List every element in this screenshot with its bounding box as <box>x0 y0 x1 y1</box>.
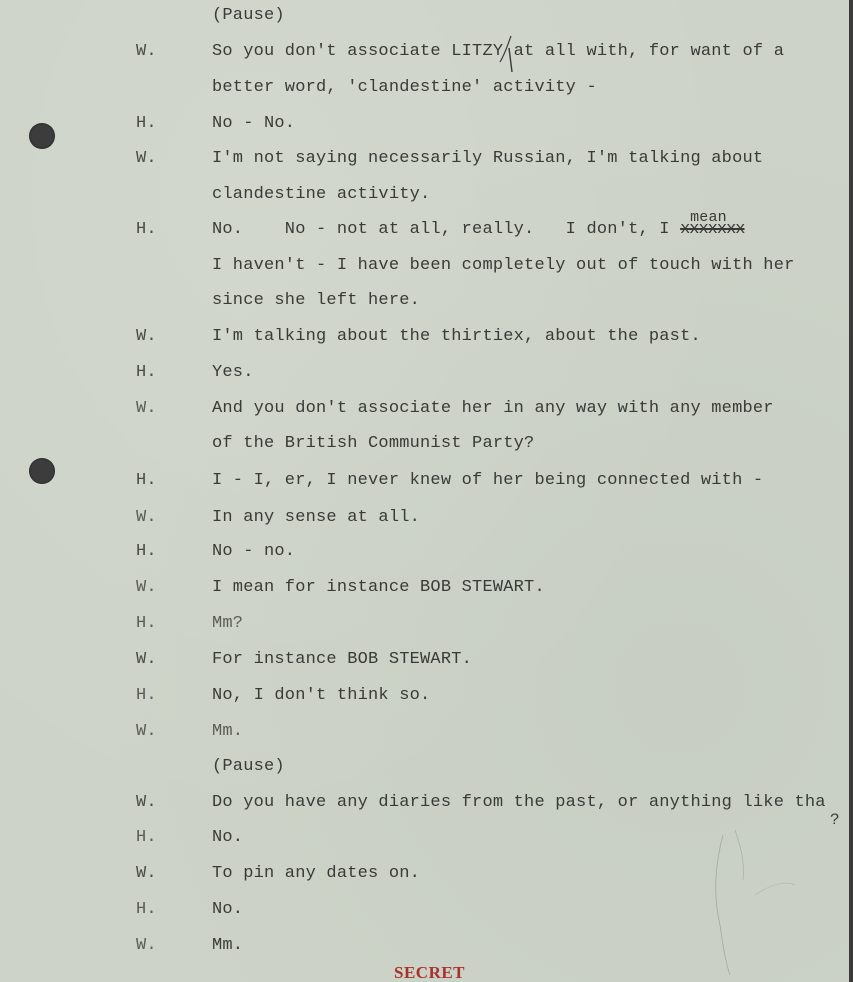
scan-edge-shadow <box>849 0 853 982</box>
line-text: No - No. <box>212 112 295 136</box>
speaker-label: W. <box>136 147 176 171</box>
stage-direction: (Pause) <box>212 4 285 28</box>
speaker-label: H. <box>136 898 176 922</box>
line-text: clandestine activity. <box>212 183 430 207</box>
speaker-label: H. <box>136 112 176 136</box>
line-text: Do you have any diaries from the past, o… <box>212 791 826 815</box>
margin-question-mark: ? <box>830 811 840 829</box>
line-text: I'm not saying necessarily Russian, I'm … <box>212 147 763 171</box>
line-text: To pin any dates on. <box>212 862 420 886</box>
line-text: I haven't - I have been completely out o… <box>212 254 795 278</box>
speaker-label: W. <box>136 862 176 886</box>
punch-hole-bottom <box>29 458 55 484</box>
line-text: No. <box>212 898 243 922</box>
speaker-label: W. <box>136 397 176 421</box>
classification-marking: SECRET <box>394 963 465 982</box>
speaker-label: H. <box>136 361 176 385</box>
line-text: I'm talking about the thirtiex, about th… <box>212 325 701 349</box>
line-text: No. <box>212 826 243 850</box>
stage-direction: (Pause) <box>212 755 285 779</box>
speaker-label: W. <box>136 934 176 958</box>
line-text: since she left here. <box>212 289 420 313</box>
line-text: And you don't associate her in any way w… <box>212 397 774 421</box>
line-text: In any sense at all. <box>212 506 420 530</box>
line-text: Mm? <box>212 612 243 636</box>
line-text: Mm. <box>212 934 243 958</box>
speaker-label: W. <box>136 791 176 815</box>
line-text: For instance BOB STEWART. <box>212 648 472 672</box>
speaker-label: H. <box>136 612 176 636</box>
speaker-label: W. <box>136 576 176 600</box>
line-text: No. No - not at all, really. I don't, I … <box>212 218 745 242</box>
line-text: No, I don't think so. <box>212 684 430 708</box>
line-text: Mm. <box>212 720 243 744</box>
speaker-label: W. <box>136 506 176 530</box>
line-text: better word, 'clandestine' activity - <box>212 76 597 100</box>
line-text-part: No. No - not at all, really. I don't, I <box>212 220 680 239</box>
faint-pencil-marks <box>695 825 845 980</box>
speaker-label: W. <box>136 40 176 64</box>
typed-correction: xxxxxxxmean <box>680 218 744 242</box>
line-text: So you don't associate LITZY at all with… <box>212 40 784 64</box>
line-text: I - I, er, I never knew of her being con… <box>212 469 763 493</box>
line-text: No - no. <box>212 540 295 564</box>
speaker-label: H. <box>136 469 176 493</box>
line-text: I mean for instance BOB STEWART. <box>212 576 545 600</box>
punch-hole-top <box>29 123 55 149</box>
line-text: of the British Communist Party? <box>212 432 534 456</box>
speaker-label: H. <box>136 684 176 708</box>
speaker-label: W. <box>136 325 176 349</box>
document-page: (Pause) W. So you don't associate LITZY … <box>0 0 849 982</box>
speaker-label: W. <box>136 648 176 672</box>
speaker-label: H. <box>136 218 176 242</box>
speaker-label: W. <box>136 720 176 744</box>
inserted-word: mean <box>690 206 727 230</box>
speaker-label: H. <box>136 826 176 850</box>
speaker-label: H. <box>136 540 176 564</box>
line-text: Yes. <box>212 361 254 385</box>
